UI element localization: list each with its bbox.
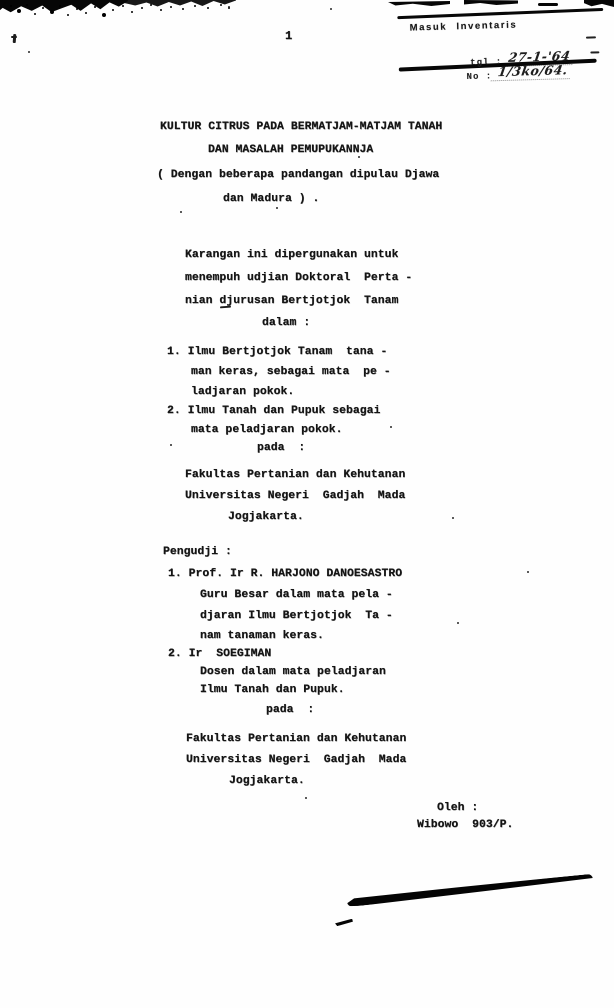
faculty-top-line-3: Jogjakarta. [228,512,304,523]
subjects-line-2: man keras, sebagai mata pe - [191,367,391,378]
examiner-line-3: djaran Ilmu Bertjotjok Ta - [200,611,393,622]
scan-noise-top-mid [124,0,236,7]
faculty-bottom-line-1: Fakultas Pertanian dan Kehutanan [186,734,406,745]
scan-dot [390,426,392,428]
pada-label-1: pada : [257,443,305,454]
scan-dot [228,6,230,8]
purpose-line-2: menempuh udjian Doktoral Perta - [185,273,412,284]
stamp-top-rule [397,8,603,19]
ink-dash-bottom [335,919,354,927]
examiners-heading: Pengudji : [163,547,232,558]
faculty-top-line-2: Universitas Negeri Gadjah Mada [185,491,405,502]
scan-noise-top-right [464,0,518,5]
stamp-dash [590,51,599,53]
stamp-number-value: 1/3ko/64. [491,62,572,81]
examiner-line-4: nam tanaman keras. [200,631,324,642]
scan-dot [305,797,307,799]
stamp-number-label: No : [466,71,492,82]
scan-noise-top-right [584,0,614,7]
faculty-bottom-line-2: Universitas Negeri Gadjah Mada [186,755,406,766]
purpose-line-1: Karangan ini dipergunakan untuk [185,250,398,261]
scan-dot [180,211,182,213]
subtitle-line-2: dan Madura ) . [223,194,319,205]
inventory-stamp: Masuk Inventaris tgl :27-1-'64 No :1/3ko… [395,9,608,71]
page-number: 1 [285,31,292,42]
scan-dot [276,207,278,209]
purpose-line-3: nian djurusan Bertjotjok Tanam [185,296,398,307]
scan-dot [358,156,360,158]
author-line: Wibowo 903/P. [417,820,513,831]
dalam-label: dalam : [262,318,310,329]
margin-mark [11,36,17,38]
faculty-top-line-1: Fakultas Pertanian dan Kehutanan [185,470,405,481]
subjects-line-5: mata peladjaran pokok. [191,425,342,436]
scan-dot [330,8,332,10]
faculty-bottom-line-3: Jogjakarta. [229,776,305,787]
stamp-title: Masuk Inventaris [409,20,517,34]
scan-mark [220,306,231,309]
examiner-line-7: Ilmu Tanah dan Pupuk. [200,685,345,696]
scan-noise-top-right [538,3,558,6]
pada-label-2: pada : [266,705,314,716]
examiner-line-2: Guru Besar dalam mata pela - [200,590,393,601]
title-line-1: KULTUR CITRUS PADA BERMATJAM-MATJAM TANA… [160,122,442,133]
scan-speckles [4,2,6,4]
scanned-page: 1 Masuk Inventaris tgl :27-1-'64 No :1/3… [0,0,614,1008]
scan-dot [28,51,30,53]
subjects-line-3: ladjaran pokok. [191,387,294,398]
examiner-line-1: 1. Prof. Ir R. HARJONO DANOESASTRO [168,569,402,580]
oleh-label: Oleh : [437,803,478,814]
scan-dot [457,622,459,624]
scan-dot [170,444,172,446]
scan-noise-top-left [0,0,128,13]
stamp-dash [586,36,596,38]
scan-dot [452,517,454,519]
subtitle-line-1: ( Dengan beberapa pandangan dipulau Djaw… [157,170,439,181]
scan-noise-top-right [388,1,450,6]
ink-stroke-bottom [347,874,594,907]
examiner-line-6: Dosen dalam mata peladjaran [200,667,386,678]
scan-dot [527,571,529,573]
subjects-line-1: 1. Ilmu Bertjotjok Tanam tana - [167,347,387,358]
title-line-2: DAN MASALAH PEMUPUKANNJA [208,145,373,156]
examiner-line-5: 2. Ir SOEGIMAN [168,649,271,660]
subjects-line-4: 2. Ilmu Tanah dan Pupuk sebagai [167,406,380,417]
